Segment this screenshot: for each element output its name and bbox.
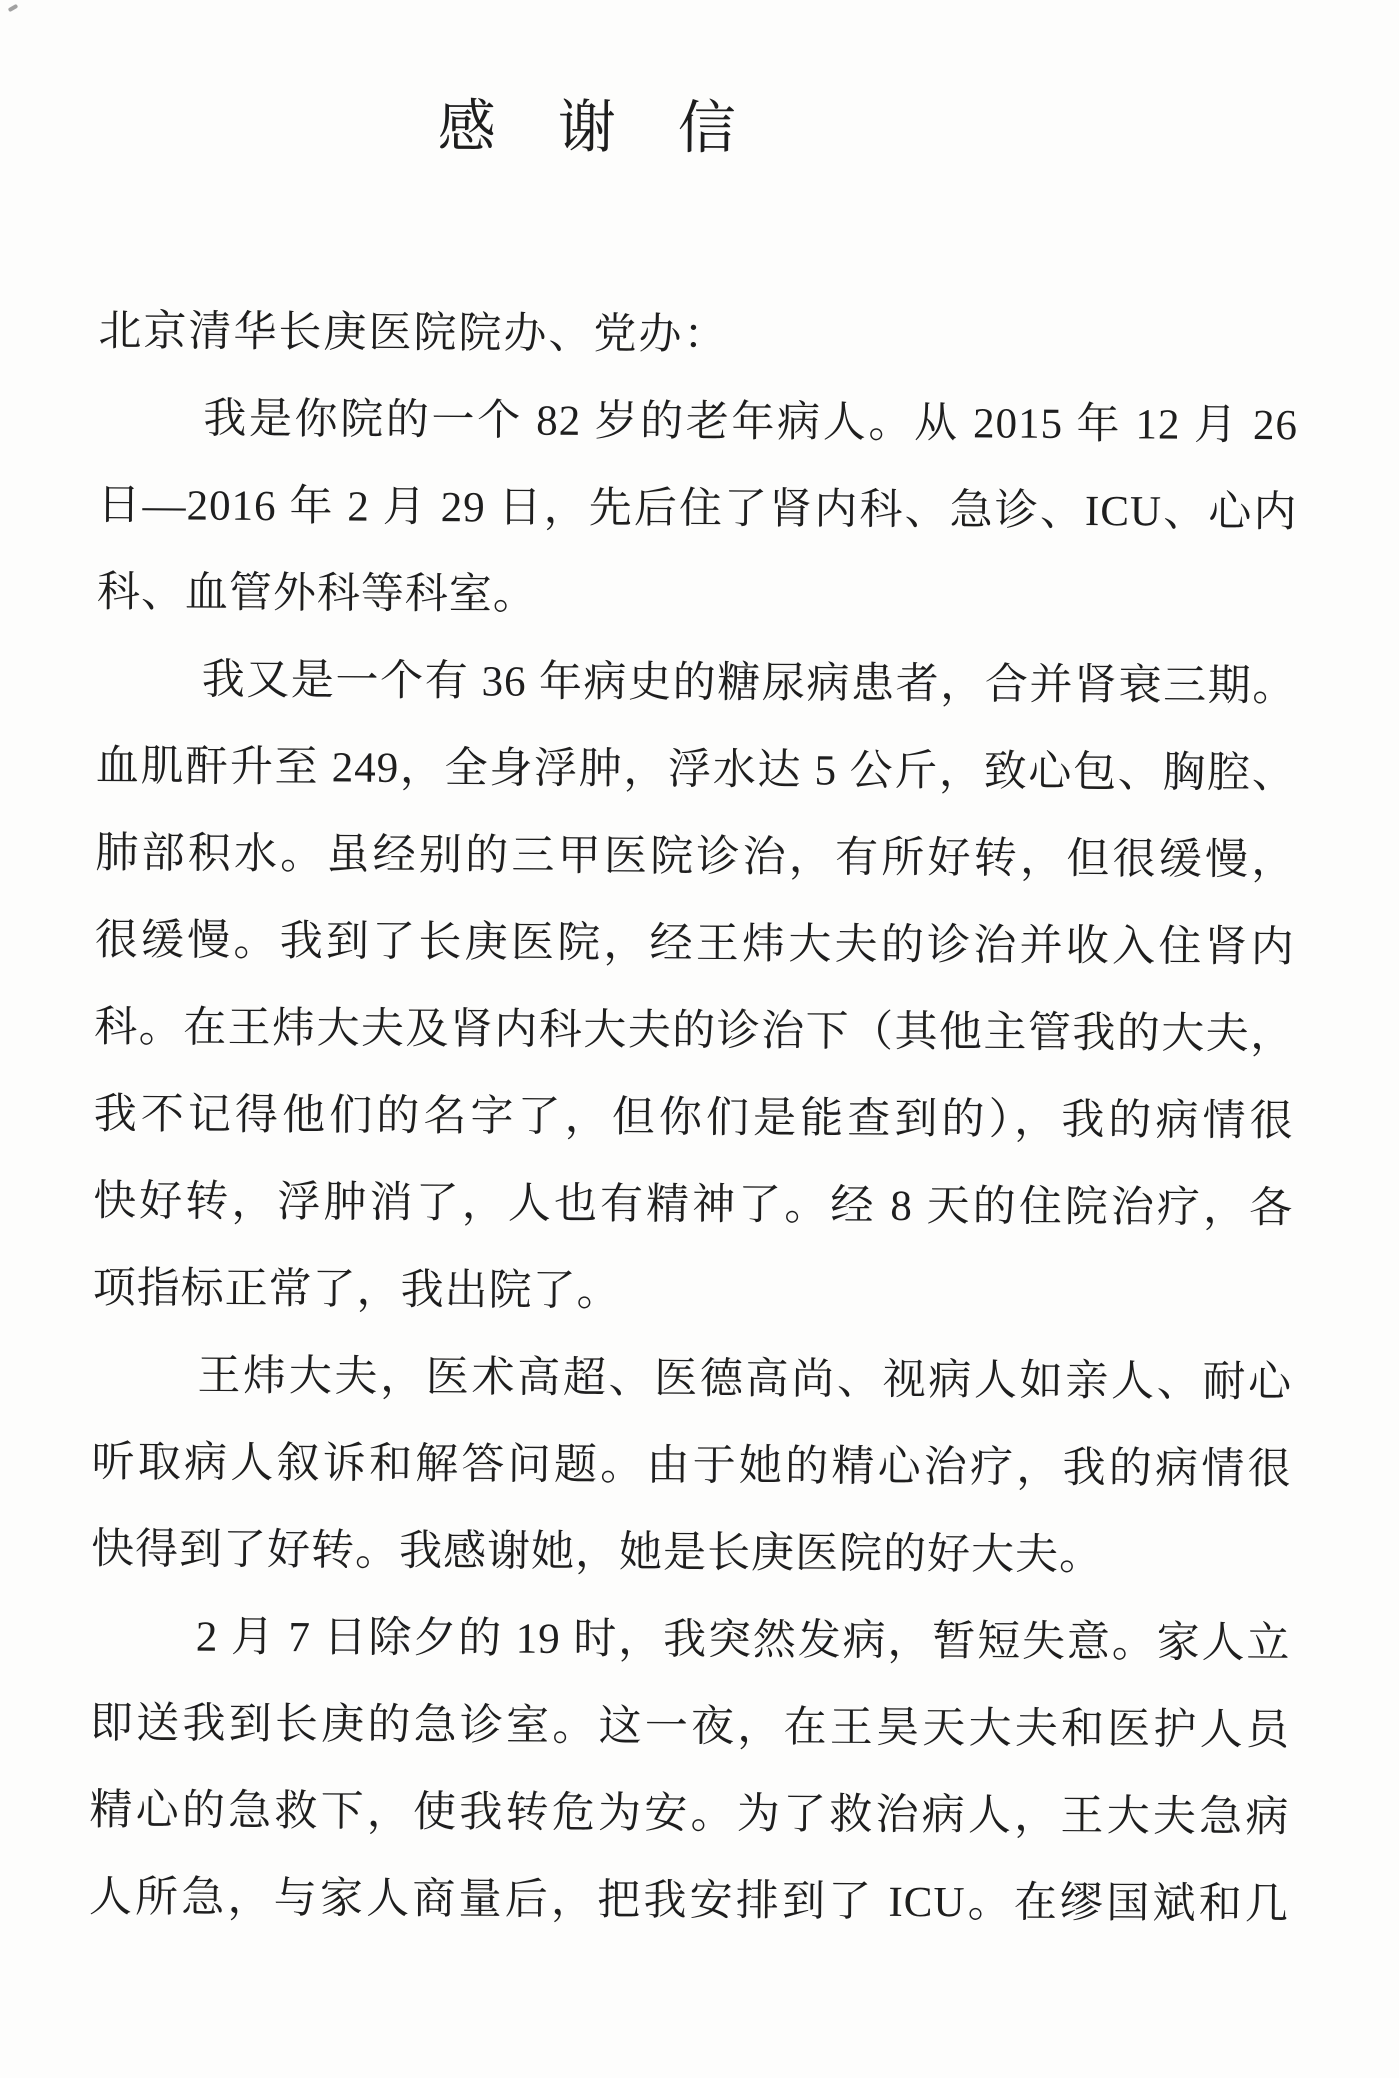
letter-line: 肺部积水。虽经别的三甲医院诊治，有所好转，但很缓慢， <box>95 810 1296 904</box>
letter-line: 日—2016 年 2 月 29 日，先后住了肾内科、急诊、ICU、心内 <box>97 462 1298 556</box>
letter-line: 听取病人叙诉和解答问题。由于她的精心治疗，我的病情很 <box>91 1419 1292 1513</box>
letter-content: 感 谢 信 北京清华长庚医院院办、党办： 我是你院的一个 82 岁的老年病人。从… <box>89 85 1300 1948</box>
letter-line: 我又是一个有 36 年病史的糖尿病患者，合并肾衰三期。 <box>96 636 1297 730</box>
letter-line: 快得到了好转。我感谢她，她是长庚医院的好大夫。 <box>91 1506 1292 1600</box>
letter-line: 我不记得他们的名字了，但你们是能查到的），我的病情很 <box>93 1071 1294 1165</box>
letter-line: 很缓慢。我到了长庚医院，经王炜大夫的诊治并收入住肾内 <box>95 897 1296 991</box>
letter-salutation: 北京清华长庚医院院办、党办： <box>98 288 1299 382</box>
letter-line: 快好转，浮肿消了，人也有精神了。经 8 天的住院治疗，各 <box>93 1158 1294 1252</box>
letter-line: 科、血管外科等科室。 <box>97 549 1298 643</box>
letter-line: 科。在王炜大夫及肾内科大夫的诊治下（其他主管我的大夫， <box>94 984 1295 1078</box>
scan-artifact-speck <box>8 4 19 12</box>
letter-line: 血肌酐升至 249，全身浮肿，浮水达 5 公斤，致心包、胸腔、 <box>96 723 1297 817</box>
letter-line: 即送我到长庚的急诊室。这一夜，在王昊天大夫和医护人员 <box>90 1680 1291 1774</box>
letter-line: 人所急，与家人商量后，把我安排到了 ICU。在缪国斌和几 <box>89 1854 1290 1948</box>
letter-line: 精心的急救下，使我转危为安。为了救治病人，王大夫急病 <box>89 1767 1290 1861</box>
letter-body: 我是你院的一个 82 岁的老年病人。从 2015 年 12 月 26日—2016… <box>89 375 1299 1948</box>
scanned-letter-page: 感 谢 信 北京清华长庚医院院办、党办： 我是你院的一个 82 岁的老年病人。从… <box>0 0 1399 2078</box>
letter-line: 项指标正常了，我出院了。 <box>92 1245 1293 1339</box>
letter-line: 我是你院的一个 82 岁的老年病人。从 2015 年 12 月 26 <box>98 375 1299 469</box>
letter-line: 王炜大夫，医术高超、医德高尚、视病人如亲人、耐心 <box>92 1332 1293 1426</box>
letter-title: 感 谢 信 <box>438 87 1300 172</box>
letter-line: 2 月 7 日除夕的 19 时，我突然发病，暂短失意。家人立 <box>90 1593 1291 1687</box>
